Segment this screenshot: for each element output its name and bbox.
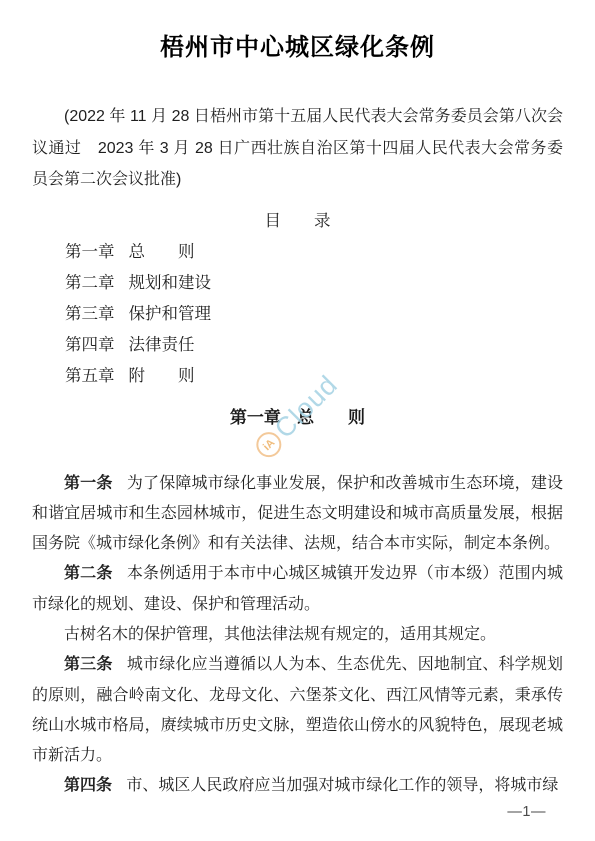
document-title: 梧州市中心城区绿化条例 [32, 0, 563, 63]
article-paragraph-2: 第二条本条例适用于本市中心城区城镇开发边界（市本级）范围内城市绿化的规划、建设、… [32, 559, 563, 620]
article-number: 第三条 [64, 656, 112, 673]
article-body: 第一条为了保障城市绿化事业发展，保护和改善城市生态环境，建设和谐宜居城市和生态园… [32, 469, 563, 802]
toc-chapter-title: 总 则 [129, 243, 195, 261]
toc-chapter-number: 第一章 [65, 243, 115, 261]
article-text: 市、城区人民政府应当加强对城市绿化工作的领导，将城市绿 [126, 777, 558, 794]
toc-item-chapter-5: 第五章附 则 [32, 361, 563, 392]
toc-chapter-number: 第三章 [65, 305, 115, 323]
page-number: —1— [507, 804, 546, 820]
chapter-number: 第一章 [230, 408, 281, 427]
toc-chapter-number: 第二章 [65, 274, 115, 292]
toc-chapter-title: 规划和建设 [129, 274, 212, 292]
toc-chapter-number: 第四章 [65, 336, 115, 354]
chapter-1-heading: 第一章总 则 [32, 402, 563, 433]
document-page: 梧州市中心城区绿化条例 (2022 年 11 月 28 日梧州市第十五届人民代表… [0, 0, 595, 841]
toc-item-chapter-1: 第一章总 则 [32, 237, 563, 268]
article-paragraph-1: 第一条为了保障城市绿化事业发展，保护和改善城市生态环境，建设和谐宜居城市和生态园… [32, 469, 563, 560]
toc-chapter-number: 第五章 [65, 367, 115, 385]
table-of-contents: 第一章总 则 第二章规划和建设 第三章保护和管理 第四章法律责任 第五章附 则 [32, 237, 563, 392]
article-text: 古树名木的保护管理，其他法律法规有规定的，适用其规定。 [64, 626, 496, 643]
toc-item-chapter-3: 第三章保护和管理 [32, 299, 563, 330]
article-paragraph-4: 第三条城市绿化应当遵循以人为本、生态优先、因地制宜、科学规划的原则，融合岭南文化… [32, 650, 563, 771]
toc-item-chapter-4: 第四章法律责任 [32, 330, 563, 361]
toc-chapter-title: 法律责任 [129, 336, 195, 354]
article-number: 第四条 [64, 777, 112, 794]
toc-item-chapter-2: 第二章规划和建设 [32, 268, 563, 299]
toc-chapter-title: 保护和管理 [129, 305, 212, 323]
article-number: 第一条 [64, 475, 112, 492]
article-paragraph-5: 第四条市、城区人民政府应当加强对城市绿化工作的领导，将城市绿 [32, 771, 563, 801]
toc-heading: 目 录 [32, 206, 563, 237]
chapter-title: 总 则 [297, 408, 365, 427]
article-paragraph-3: 古树名木的保护管理，其他法律法规有规定的，适用其规定。 [32, 620, 563, 650]
toc-chapter-title: 附 则 [129, 367, 195, 385]
preamble-paragraph: (2022 年 11 月 28 日梧州市第十五届人民代表大会常务委员会第八次会议… [32, 101, 563, 196]
article-number: 第二条 [64, 565, 112, 582]
